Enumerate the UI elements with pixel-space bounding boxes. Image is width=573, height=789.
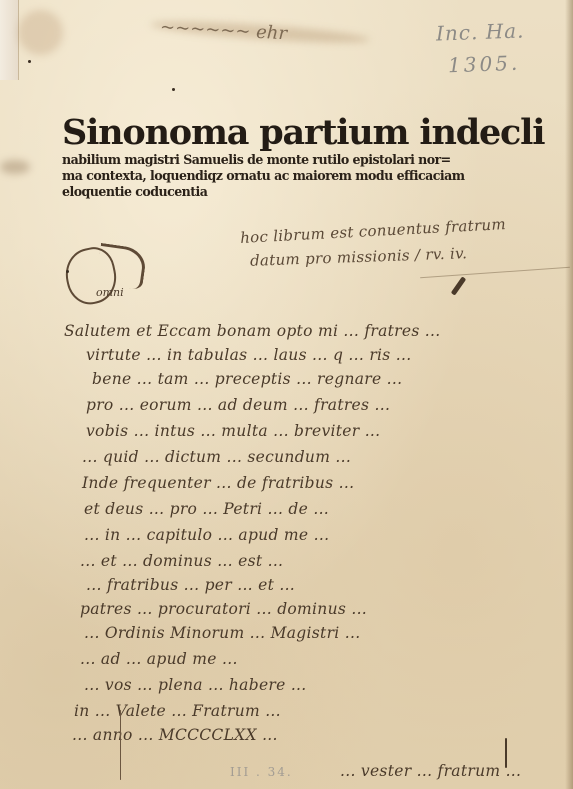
subtitle-line: eloquentie coducentia	[62, 184, 522, 200]
letter-line: in ... Valete ... Fratrum ...	[74, 702, 281, 720]
binding-tab	[0, 0, 19, 80]
letter-line: pro ... eorum ... ad deum ... fratres ..…	[86, 396, 390, 414]
subtitle-line: nabilium magistri Samuelis de monte ruti…	[62, 152, 522, 168]
letter-line: Salutem et Eccam bonam opto mi ... fratr…	[64, 322, 441, 340]
letter-line: vobis ... intus ... multa ... breviter .…	[86, 422, 380, 440]
printed-title: Sinonoma partium indecli	[62, 114, 522, 152]
letter-line: patres ... procuratori ... dominus ...	[80, 600, 367, 618]
ink-stroke	[451, 276, 467, 295]
page-edge-shadow	[565, 0, 573, 789]
pencil-note-line2: 1305.	[448, 51, 521, 78]
letter-line: ... quid ... dictum ... secundum ...	[82, 448, 351, 466]
printed-subtitle: nabilium magistri Samuelis de monte ruti…	[62, 152, 522, 200]
ruled-line	[420, 267, 570, 278]
ink-stroke	[505, 738, 507, 768]
marginal-inscription-line: datum pro missionis / rv. iv.	[250, 244, 468, 270]
letter-line: Inde frequenter ... de fratribus ...	[82, 474, 354, 492]
letter-line: ... vos ... plena ... habere ...	[84, 676, 307, 694]
letter-line: bene ... tam ... preceptis ... regnare .…	[92, 370, 402, 388]
ink-stroke	[120, 710, 121, 780]
letter-line: ... Ordinis Minorum ... Magistri ...	[84, 624, 360, 642]
letter-line: et deus ... pro ... Petri ... de ...	[84, 500, 329, 518]
pencil-note-line1: Inc. Ha.	[436, 18, 525, 45]
ink-speck	[172, 88, 175, 91]
letter-line: ... et ... dominus ... est ...	[80, 552, 283, 570]
letter-closing: ... vester ... fratrum ...	[340, 762, 521, 780]
subtitle-line: ma contexta, loquendiqz ornatu ac maiore…	[62, 168, 522, 184]
initial-label: omni	[96, 286, 124, 299]
top-scribble: ~~~~~~ ehr	[160, 17, 288, 45]
marginal-inscription-line: hoc librum est conuentus fratrum	[240, 215, 507, 247]
paper-stain	[0, 160, 30, 174]
ink-speck	[66, 270, 69, 273]
paper-stain	[18, 10, 63, 55]
decorated-initial-flourish-icon	[95, 243, 147, 290]
letter-line: ... ad ... apud me ...	[80, 650, 238, 668]
letter-line: ... in ... capitulo ... apud me ...	[84, 526, 329, 544]
letter-line: ... fratribus ... per ... et ...	[86, 576, 295, 594]
letter-line: ... anno ... MCCCCLXX ...	[72, 726, 278, 744]
letter-line: virtute ... in tabulas ... laus ... q ..…	[86, 346, 411, 364]
shelfmark: III . 34.	[230, 765, 293, 779]
ink-speck	[28, 60, 31, 63]
manuscript-page: ~~~~~~ ehr Inc. Ha. 1305. Sinonoma parti…	[0, 0, 573, 789]
